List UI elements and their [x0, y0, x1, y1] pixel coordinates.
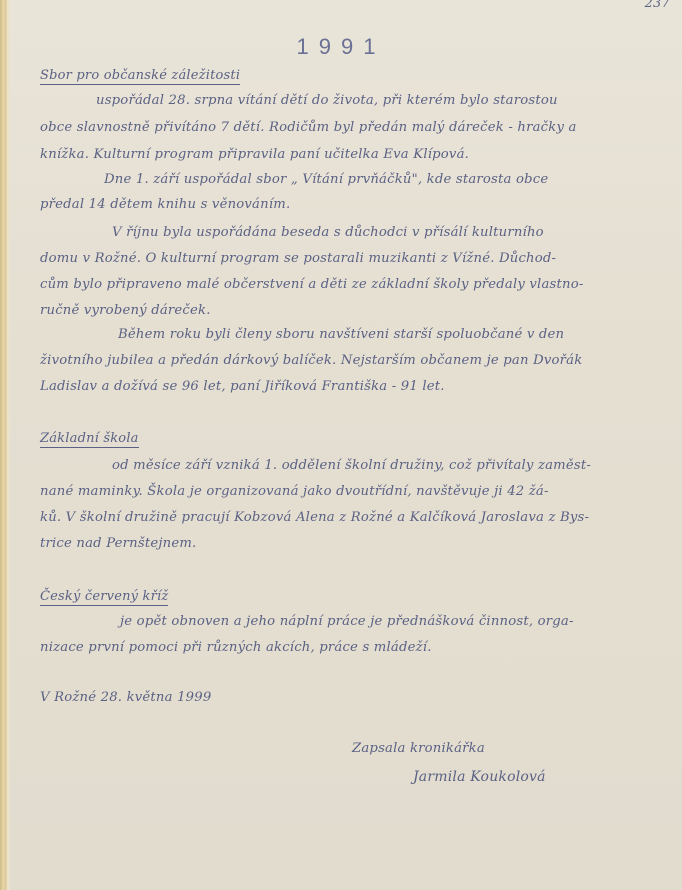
text-line: knížka. Kulturní program připravila paní…: [40, 147, 469, 162]
text-line: nizace první pomoci při různých akcích, …: [40, 640, 432, 655]
text-line: domu v Rožné. O kulturní program se post…: [40, 251, 556, 266]
text-line: ků. V školní družině pracují Kobzová Ale…: [40, 510, 589, 525]
text-line: životního jubilea a předán dárkový balíč…: [40, 353, 582, 368]
text-line: nané maminky. Škola je organizovaná jako…: [40, 484, 549, 499]
text-line: cům bylo připraveno malé občerstvení a d…: [40, 277, 584, 292]
section-heading-skola: Základní škola: [40, 431, 139, 448]
text-line: obce slavnostně přivítáno 7 dětí. Rodičů…: [40, 120, 577, 135]
text-line: trice nad Pernštejnem.: [40, 536, 196, 551]
text-line: ručně vyrobený dáreček.: [40, 303, 211, 318]
year-title: 1991: [0, 34, 682, 60]
text-line: uspořádal 28. srpna vítání dětí do život…: [96, 93, 558, 108]
signer-name: Jarmila Koukolová: [413, 769, 546, 785]
section-heading-cervenykriz: Český červený kříž: [40, 589, 168, 606]
text-line: od měsíce září vzniká 1. oddělení školní…: [112, 458, 591, 473]
chronicle-page: 237 1991 Sbor pro občanské záležitosti u…: [0, 0, 682, 890]
text-line: V říjnu byla uspořádána beseda s důchodc…: [112, 225, 544, 240]
page-number: 237: [645, 0, 670, 11]
text-line: Dne 1. září uspořádal sbor „ Vítání prvň…: [104, 172, 548, 187]
place-date: V Rožné 28. května 1999: [40, 690, 211, 705]
book-edge: [0, 0, 10, 890]
text-line: předal 14 dětem knihu s věnováním.: [40, 197, 290, 212]
text-line: Během roku byli členy sboru navštíveni s…: [118, 327, 564, 342]
text-line: Ladislav a dožívá se 96 let, paní Jiříko…: [40, 379, 445, 394]
signature-label: Zapsala kronikářka: [352, 741, 485, 756]
text-line: je opět obnoven a jeho náplní práce je p…: [120, 614, 574, 629]
section-heading-sbor: Sbor pro občanské záležitosti: [40, 68, 240, 85]
